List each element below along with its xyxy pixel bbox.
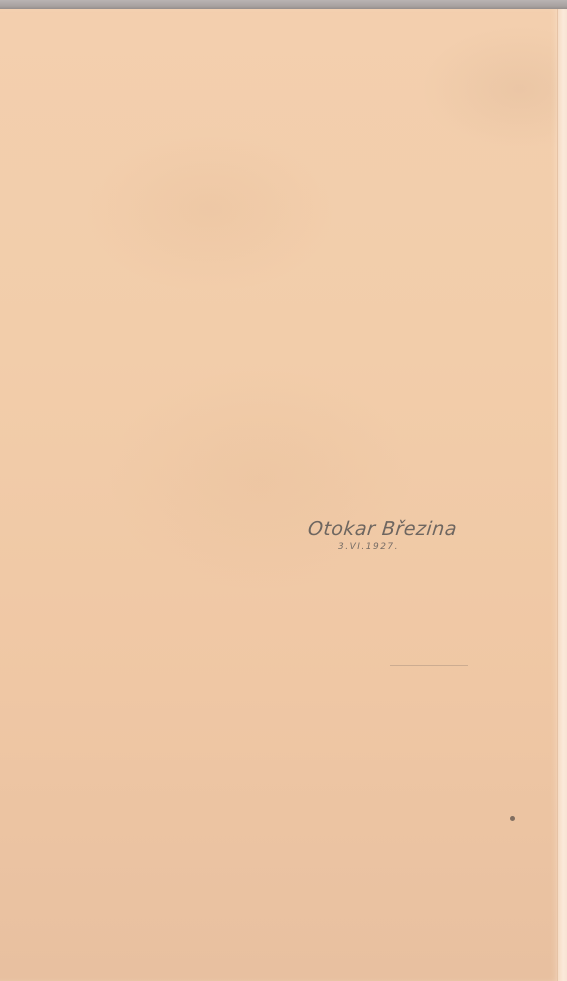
ink-speck [510,816,515,821]
scanned-page: Otokar Březina 3.VI.1927. [0,0,567,981]
signature-date: 3.VI.1927. [338,542,478,552]
paper-right-edge [557,9,567,981]
handwritten-inscription: Otokar Březina 3.VI.1927. [308,518,478,552]
signature: Otokar Březina [307,518,479,540]
paper-sheet [0,9,560,981]
pencil-line-mark [390,665,468,666]
